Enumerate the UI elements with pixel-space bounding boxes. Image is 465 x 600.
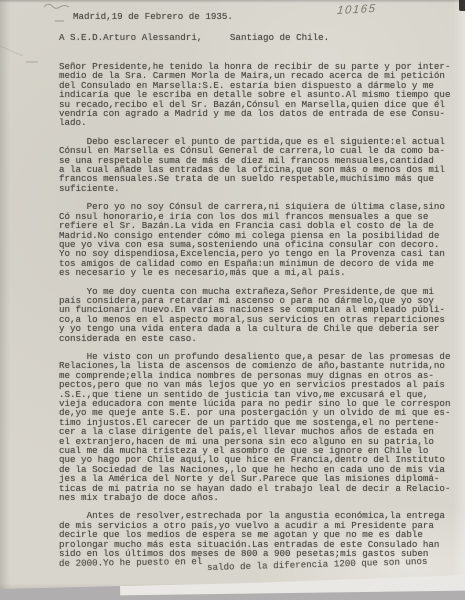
letter-paragraph-5: He visto con un profundo desaliento que,… <box>59 352 459 503</box>
letter-paragraph-6: Antes de resolver,estrechada por la angu… <box>59 511 459 558</box>
dateline: Madrid,19 de Febrero de 1935. <box>73 12 233 21</box>
scan-corner-mark <box>459 0 465 11</box>
folio-number: 10165 <box>336 3 376 17</box>
letter-paragraph-1: Señor Presidente,he tenido la honra de r… <box>59 62 459 128</box>
letter-body: Señor Presidente,he tenido la honra de r… <box>59 62 459 568</box>
closing-line: de 2000.Yo he puesto en elsaldo de la di… <box>59 559 459 568</box>
letter-paragraph-2: Debo esclarecer el punto de partida,que … <box>59 137 459 193</box>
letter-paragraph-4: Yo me doy cuenta con mucha extrañeza,Señ… <box>59 287 459 343</box>
closing-line-lead: de 2000.Yo he puesto en el <box>59 556 202 567</box>
letter-paragraph-3: Pero yo no soy Cónsul de carrera,ni siqu… <box>59 202 459 277</box>
letter-page: 10165 Madrid,19 de Febrero de 1935. A S.… <box>0 0 465 592</box>
addressee-line: A S.E.D.Arturo Alessandri, Santiago de C… <box>59 33 329 42</box>
